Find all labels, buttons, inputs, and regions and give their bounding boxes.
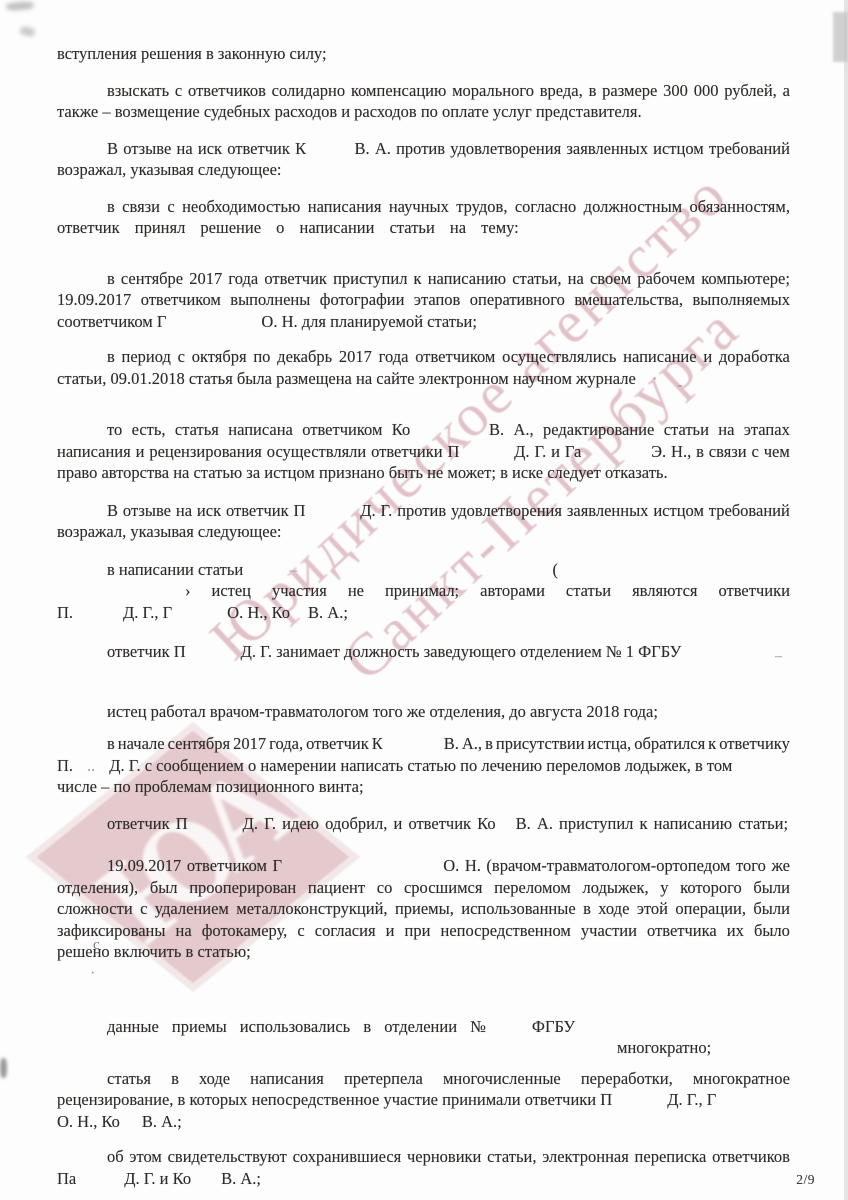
word: заявленных [567, 500, 649, 522]
word: написания [308, 196, 382, 218]
text-segment: Па [57, 1168, 76, 1190]
word: удовлетворения [450, 138, 561, 160]
word: об [107, 1146, 124, 1168]
word: участия [272, 580, 327, 602]
word: ответчиком [415, 346, 495, 368]
word: с [752, 441, 759, 463]
word: претерпела [344, 1068, 423, 1090]
word: на [568, 268, 584, 290]
word: года [379, 346, 409, 368]
word: › [185, 580, 191, 602]
word: истца, [588, 733, 632, 755]
word: истец [211, 580, 251, 602]
redaction-gap [166, 321, 261, 322]
paragraph: тоесть,статьянаписанаответчикомКоВ.А.,ре… [57, 419, 790, 484]
redaction-gap [288, 865, 438, 866]
text-line: тоесть,статьянаписанаответчикомКоВ.А.,ре… [57, 419, 790, 441]
word: переломом [494, 877, 571, 899]
paragraph: данные приемы использовались в отделении… [57, 1016, 790, 1059]
word: редактирование [543, 419, 654, 441]
word: ходе [598, 898, 629, 920]
redaction-gap [657, 378, 677, 379]
redaction-gap [464, 451, 509, 452]
word: научных [389, 196, 449, 218]
word: рабочем [637, 268, 695, 290]
word: ответчик [264, 268, 327, 290]
paragraph: ответчик ПД. Г. идею одобрил, и ответчик… [57, 813, 790, 835]
word: против [397, 500, 446, 522]
text-line: 19.09.2017ответчикомвыполненыфотографииэ… [57, 289, 790, 311]
word: истцом [653, 138, 704, 160]
word: морального [452, 80, 534, 102]
text-segment: П. [57, 602, 73, 624]
redaction-gap [290, 612, 308, 613]
text-segment: В. А.; [142, 1111, 182, 1133]
scan-smudge [19, 26, 36, 38]
paragraph: взыскатьсответчиковсолидарнокомпенсациюм… [57, 80, 790, 123]
scanned-court-document-page: { "page_label": "2/9", "watermark": { "l… [0, 0, 848, 1200]
document-body: вступления решения в законную силу;взыск… [57, 43, 790, 1189]
text-segment: О. Н., Ко [227, 602, 290, 624]
word: статья [175, 419, 219, 441]
word: компьютере; [701, 268, 790, 290]
text-line: П...Д. Г. с сообщением о намерении напис… [57, 755, 790, 777]
word: этом [129, 1146, 161, 1168]
word: в [107, 346, 115, 368]
paragraph: ответчик ПД. Г. занимает должность завед… [57, 641, 790, 663]
text-segment: – [289, 559, 297, 581]
word: которого [680, 877, 742, 899]
word: этапах [744, 419, 790, 441]
redaction-gap [386, 743, 441, 744]
text-line: взыскатьсответчиковсолидарнокомпенсациюм… [57, 80, 790, 102]
text-segment: ( [552, 559, 558, 581]
word: чем [764, 441, 790, 463]
text-segment: рецензирование, в которых непосредственн… [57, 1089, 612, 1111]
text-line: ВотзывенаискответчикКВ.А.противудовлетво… [57, 138, 790, 160]
word: осуществлялись [502, 346, 616, 368]
word: компенсацию [351, 80, 446, 102]
word: выполнены [230, 289, 310, 311]
text-segment: решено включить в статью; [57, 941, 251, 963]
word: электронная [542, 1146, 629, 1168]
word: участии [581, 920, 637, 942]
word: черновики [407, 1146, 481, 1168]
word: оперативного [470, 289, 565, 311]
word: П [447, 441, 459, 463]
word: О. [443, 855, 459, 877]
scan-edge-corner-mark [833, 12, 848, 62]
word: переписка [635, 1146, 707, 1168]
word: В. [444, 733, 459, 755]
word: многократное [693, 1068, 790, 1090]
word: написана [228, 419, 293, 441]
text-segment: Д. Г. занимает должность заведующего отд… [241, 641, 682, 663]
text-line: статьявходенаписанияпретерпеламногочисле… [57, 1068, 790, 1090]
word: на [176, 920, 192, 942]
word: не [348, 580, 364, 602]
text-segment: в написании статьи [107, 559, 243, 581]
word: иск [198, 138, 222, 160]
word: и [551, 441, 560, 463]
word: взыскать [107, 80, 169, 102]
word: 300 [663, 80, 688, 102]
text-segment: соответчиком Г [57, 311, 166, 333]
text-segment: ответчик П [107, 641, 186, 663]
text-segment: В. А. приступил к написанию статьи; [516, 813, 788, 835]
text-line: ответчик ПД. Г. занимает должность завед… [57, 641, 790, 663]
word: ответчиков [188, 80, 266, 102]
word: с [297, 920, 304, 942]
scan-edge-right [844, 0, 848, 1200]
redaction-gap [486, 1026, 532, 1027]
word: выполняемых [692, 289, 790, 311]
scan-artifact-mark: – [775, 650, 782, 664]
word: сросшимся [404, 877, 482, 899]
word: ответчики [371, 441, 442, 463]
word: необходимостью [182, 196, 300, 218]
redaction-gap [586, 451, 646, 452]
word: с [175, 80, 182, 102]
text-segment: многократно; [617, 1037, 711, 1059]
word: переработки, [581, 1068, 673, 1090]
text-line: числе – по проблемам позиционного винта; [57, 776, 790, 798]
word: в [589, 80, 597, 102]
redaction-gap [297, 569, 552, 570]
word: доработка [719, 346, 790, 368]
word: ответчиком [302, 419, 382, 441]
text-segment: возражал, указывая следующее: [57, 159, 282, 181]
word: удалением [155, 898, 229, 920]
text-segment: статьи, 09.01.2018 статья была размещена… [57, 368, 636, 390]
redaction-gap [73, 612, 123, 613]
word: трудов, [456, 196, 507, 218]
word: вреда, [540, 80, 583, 102]
text-line: рецензирование, в которых непосредственн… [57, 1089, 790, 1111]
word: А., [462, 733, 482, 755]
word: у [660, 877, 668, 899]
word: на [176, 500, 192, 522]
text-line: в написании статьи–( [57, 559, 790, 581]
word: в [696, 441, 704, 463]
word: сентябре [121, 268, 183, 290]
word: и [703, 346, 712, 368]
word: отделения), [57, 877, 138, 899]
word: 19.09.2017 [57, 289, 131, 311]
word: сентября [168, 733, 231, 755]
word: требований [709, 500, 790, 522]
word: присутствии [496, 733, 585, 755]
paragraph: 19.09.2017ответчикомГО.Н.(врачом-травмат… [57, 855, 790, 963]
text-segment: Д. Г., Г [667, 1089, 716, 1111]
paragraph: всентябре2017годаответчикприступилкнапис… [57, 268, 790, 333]
word: рублей, [724, 80, 777, 102]
word: написания [250, 1068, 324, 1090]
word: ответчик [226, 500, 289, 522]
word: пациент [308, 877, 365, 899]
word: отзыве [123, 138, 171, 160]
redaction-gap [612, 1099, 667, 1100]
word: В [107, 500, 118, 522]
word: А. [375, 138, 391, 160]
word: при [405, 920, 431, 942]
word: В [107, 138, 118, 160]
text-segment: ответчик П [107, 813, 188, 835]
word: фотографии [320, 289, 405, 311]
word: непосредственном [441, 920, 571, 942]
word: на [177, 138, 193, 160]
text-segment: данные приемы использовались в отделении… [107, 1016, 486, 1038]
text-segment: право авторства на статью за истцом приз… [57, 462, 668, 484]
word: и [386, 920, 395, 942]
word: Г [273, 855, 283, 877]
word: размере [602, 80, 657, 102]
word: сложности [57, 898, 133, 920]
word: 2017 [233, 733, 266, 755]
paragraph: впериодсоктябряподекабрь2017годаответчик… [57, 346, 790, 389]
text-segment: числе – по проблемам позиционного винта; [57, 776, 364, 798]
word: Д. [514, 441, 529, 463]
word: есть, [132, 419, 166, 441]
text-line: истец работал врачом-травматологом того … [57, 701, 790, 723]
text-segment: .. [87, 755, 95, 777]
word: 19.09.2017 [107, 855, 181, 877]
word: фотокамеру, [202, 920, 288, 942]
word: удовлетворения [451, 500, 562, 522]
redaction-gap [310, 510, 355, 511]
word: Г. [380, 500, 392, 522]
paragraph: всвязиснеобходимостьюнаписаниянаучныхтру… [57, 196, 790, 239]
word: с [140, 898, 147, 920]
word: были [753, 898, 790, 920]
word: В. [354, 138, 369, 160]
word: отзыве [123, 500, 171, 522]
word: статьи, [487, 1146, 536, 1168]
text-line: соответчиком ГО. Н. для планируемой стат… [57, 311, 790, 333]
scan-artifact-mark: · [90, 966, 95, 982]
word: ответчика [647, 920, 717, 942]
word: (врачом-травматологом-ортопедом [486, 855, 730, 877]
word: по [253, 346, 270, 368]
text-line: многократно; [57, 1037, 790, 1059]
word: то [107, 419, 122, 441]
text-segment: О. Н. для планируемой статьи; [261, 311, 477, 333]
text-segment: В. А.; [221, 1168, 261, 1190]
text-line: О. Н., КоВ. А.; [57, 1111, 790, 1133]
word: ответчики [719, 580, 790, 602]
text-line: возражал, указывая следующее: [57, 159, 790, 181]
redaction-gap [73, 765, 87, 766]
text-line: статьи, 09.01.2018 статья была размещена… [57, 368, 790, 390]
text-line: также – возмещение судебных расходов и р… [57, 101, 790, 123]
word: начале [118, 733, 165, 755]
word: с [178, 346, 185, 368]
text-line: 19.09.2017ответчикомГО.Н.(врачом-травмат… [57, 855, 790, 877]
redaction-gap [496, 823, 516, 824]
text-segment: также – возмещение судебных расходов и р… [57, 101, 642, 123]
word: сохранившиеся [293, 1146, 402, 1168]
paragraph: вначалесентября2017года,ответчикКВ.А.,вп… [57, 733, 790, 798]
redaction-gap [420, 429, 480, 430]
redaction-gap [191, 1178, 221, 1179]
word: приемы, [395, 898, 454, 920]
text-line: решено включить в статью; [57, 941, 790, 963]
text-line: сложностисудалениемметаллоконструкций,пр… [57, 898, 790, 920]
word: было [754, 920, 790, 942]
text-segment: возражал, указывая следующее: [57, 521, 282, 543]
redaction-gap [311, 148, 349, 149]
text-line: всвязиснеобходимостьюнаписаниянаучныхтру… [57, 196, 790, 218]
word: металлоконструкций, [236, 898, 387, 920]
word: использованные [461, 898, 575, 920]
word: с [167, 196, 174, 218]
word: многочисленные [443, 1068, 561, 1090]
paragraph: статьявходенаписанияпретерпеламногочисле… [57, 1068, 790, 1133]
word: этой [637, 898, 668, 920]
page-number: 2/9 [796, 1172, 815, 1188]
word: статьи [566, 580, 611, 602]
word: а [783, 80, 790, 102]
word: Ко [392, 419, 410, 441]
text-line: ВотзывенаискответчикПД.Г.противудовлетво… [57, 500, 790, 522]
word: лодыжек, [582, 877, 648, 899]
word: в [107, 196, 115, 218]
text-line: П.Д. Г., ГО. Н., КоВ. А.; [57, 602, 790, 624]
paragraph: в написании статьи–(›истецучастиянеприни… [57, 559, 790, 624]
word: написанию [428, 268, 506, 290]
word: В. [489, 419, 504, 441]
text-line: данные приемы использовались в отделении… [57, 1016, 790, 1038]
word: зафиксированы [57, 920, 165, 942]
word: ответчиком [187, 855, 267, 877]
word: рецензирования [149, 441, 262, 463]
text-line: право авторства на статью за истцом приз… [57, 462, 790, 484]
word: в [171, 1068, 179, 1090]
text-segment: ответчик принял решение о написании стат… [57, 217, 519, 239]
text-segment: П. [57, 755, 73, 777]
redaction-gap [172, 612, 227, 613]
text-line: вначалесентября2017года,ответчикКВ.А.,вп… [57, 733, 790, 755]
word: осуществляли [267, 441, 366, 463]
word: этапов [414, 289, 460, 311]
word: 2017 [339, 346, 372, 368]
text-line: вступления решения в законную силу; [57, 43, 790, 65]
text-line: ответчик принял решение о написании стат… [57, 217, 790, 239]
paragraph: ВотзывенаискответчикКВ.А.противудовлетво… [57, 138, 790, 181]
word: статья [107, 1068, 151, 1090]
text-line: ответчик ПД. Г. идею одобрил, и ответчик… [57, 813, 790, 835]
redaction-gap [188, 823, 243, 824]
text-line: ПаД. Г. и КоВ. А.; [57, 1168, 790, 1190]
word: согласия [315, 920, 376, 942]
word: в [107, 268, 115, 290]
text-line: написанияирецензированияосуществлялиотве… [57, 441, 790, 463]
text-segment: ФГБУ [532, 1016, 575, 1038]
word: обязанностям, [690, 196, 790, 218]
word: был [150, 877, 178, 899]
redaction-gap [95, 765, 109, 766]
word: в [107, 733, 115, 755]
paragraph: вступления решения в законную силу; [57, 43, 790, 65]
word: заявленных [566, 138, 648, 160]
text-line: всентябре2017годаответчикприступилкнапис… [57, 268, 790, 290]
text-line: обэтомсвидетельствуютсохранившиесячернов… [57, 1146, 790, 1168]
word: их [727, 920, 744, 942]
word: против [396, 138, 445, 160]
word: свидетельствуют [168, 1146, 287, 1168]
word: связи [122, 196, 160, 218]
text-segment: Д. Г. идею одобрил, и ответчик Ко [243, 813, 496, 835]
word: и [136, 441, 145, 463]
text-line: впериодсоктябряподекабрь2017годаответчик… [57, 346, 790, 368]
word: статьи, [512, 268, 561, 290]
text-line: отделения),былпрооперированпациентсосрос… [57, 877, 790, 899]
word: принимал; [385, 580, 459, 602]
word: приступил [333, 268, 407, 290]
redaction-gap [243, 569, 289, 570]
word: ответчик [227, 138, 290, 160]
word: ходе [199, 1068, 230, 1090]
word: октября [192, 346, 247, 368]
paragraph: ВотзывенаискответчикПД.Г.противудовлетво… [57, 500, 790, 543]
word: К [295, 138, 306, 160]
redaction-gap [186, 651, 241, 652]
word: написание [623, 346, 696, 368]
word: к [414, 268, 422, 290]
word: на [718, 419, 734, 441]
word: истцом [653, 500, 704, 522]
text-line: зафиксированынафотокамеру,ссогласияиприн… [57, 920, 790, 942]
text-segment: - [677, 374, 683, 396]
word: согласно [515, 196, 576, 218]
word: ответчику [719, 733, 790, 755]
text-line: ›истецучастиянепринимал;авторамистатьияв… [57, 580, 790, 602]
word: Э. [651, 441, 666, 463]
word: своем [590, 268, 631, 290]
text-segment: О. Н., Ко [57, 1111, 120, 1133]
word: Г. [534, 441, 546, 463]
word: ответчиков [712, 1146, 790, 1168]
scan-smudge [6, 1, 34, 11]
word: вмешательства, [574, 289, 683, 311]
text-segment: вступления решения в законную силу; [57, 43, 327, 65]
word: к [708, 733, 716, 755]
word: авторами [480, 580, 545, 602]
word: Д. [360, 500, 375, 522]
paragraph: обэтомсвидетельствуютсохранившиесячернов… [57, 1146, 790, 1189]
text-segment: Д. Г. и Ко [124, 1168, 191, 1190]
word: Га [565, 441, 581, 463]
paragraph: истец работал врачом-травматологом того … [57, 701, 790, 723]
word: декабрь [277, 346, 332, 368]
scan-smudge [0, 1058, 7, 1078]
word: Н. [465, 855, 481, 877]
word: ответчик [306, 733, 369, 755]
scan-artifact-mark: с [93, 938, 100, 953]
word: должностным [584, 196, 682, 218]
word: были [753, 877, 790, 899]
text-segment: · [652, 368, 658, 390]
redaction-gap [120, 1121, 142, 1122]
word: того [736, 855, 766, 877]
word: года, [269, 733, 303, 755]
word: иск [197, 500, 221, 522]
word: период [122, 346, 171, 368]
word: К [372, 733, 383, 755]
word: обратился [634, 733, 705, 755]
word: прооперирован [189, 877, 296, 899]
word: ответчиком [141, 289, 221, 311]
